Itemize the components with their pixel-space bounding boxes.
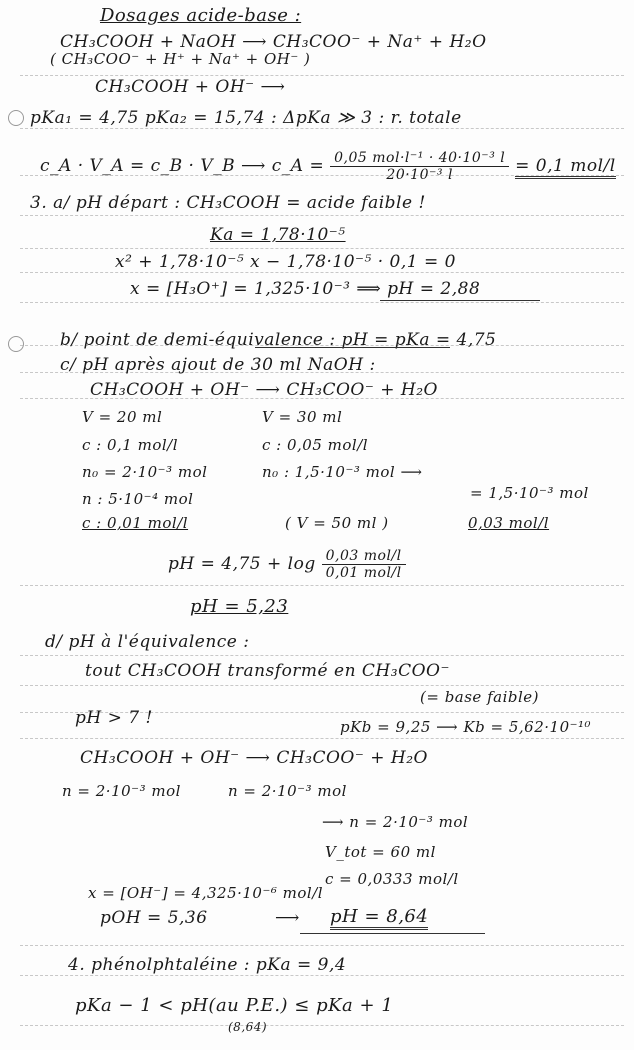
base-concentration: c : 0,05 mol/l [262, 436, 368, 454]
punch-hole-mark [8, 110, 24, 126]
ph-greater-7: pH > 7 ! [75, 708, 153, 728]
total-volume: ( V = 50 ml ) [285, 514, 389, 532]
product-concentration: 0,03 mol/l [468, 514, 549, 532]
weak-base-note: (= base faible) [420, 688, 539, 706]
base-volume: V = 30 ml [262, 408, 342, 426]
punch-hole-mark [8, 336, 24, 352]
henderson-denominator: 0,01 mol/l [322, 565, 406, 581]
acid-moles-initial: n₀ = 2·10⁻³ mol [82, 463, 207, 481]
hydroxide-result: x = [OH⁻] = 4,325·10⁻⁶ mol/l [88, 884, 323, 902]
h3o-result: x = [H₃O⁺] = 1,325·10⁻³ ⟹ pH = 2,88 [130, 279, 480, 299]
quadratic-equation: x² + 1,78·10⁻⁵ x − 1,78·10⁻⁵ · 0,1 = 0 [115, 252, 456, 272]
product-moles: = 1,5·10⁻³ mol [470, 484, 589, 502]
acid-concentration-final: c : 0,01 mol/l [82, 514, 188, 532]
ph-result-5-23: pH = 5,23 [190, 596, 288, 617]
product-concentration-eq: c = 0,0333 mol/l [325, 870, 459, 888]
henderson-numerator: 0,03 mol/l [322, 548, 406, 565]
scanned-page: Dosages acide-base : CH₃COOH + NaOH ⟶ CH… [0, 0, 634, 1050]
poh-value: pOH = 5,36 [100, 908, 208, 928]
henderson-calc: pH = 4,75 + log 0,03 mol/l 0,01 mol/l [168, 548, 406, 581]
page-title: Dosages acide-base : [100, 5, 301, 26]
pkb-line: pKb = 9,25 ⟶ Kb = 5,62·10⁻¹⁰ [340, 718, 591, 736]
reaction-equation-3c: CH₃COOH + OH⁻ ⟶ CH₃COO⁻ + H₂O [90, 380, 438, 400]
ca-formula: c_A · V_A = c_B · V_B ⟶ c_A = [40, 156, 324, 176]
ph-final-result: pH = 8,64 [330, 906, 428, 930]
ca-numerator: 0,05 mol·l⁻¹ · 40·10⁻³ l [330, 150, 509, 167]
section-4: 4. phénolphtaléine : pKa = 9,4 [68, 955, 346, 975]
acid-concentration: c : 0,1 mol/l [82, 436, 178, 454]
acid-volume: V = 20 ml [82, 408, 162, 426]
ka-value: Ka = 1,78·10⁻⁵ [210, 225, 346, 245]
arrow: ⟶ [275, 908, 300, 928]
base-moles-initial: n₀ : 1,5·10⁻³ mol ⟶ [262, 463, 423, 481]
total-volume-eq: V_tot = 60 ml [325, 843, 436, 861]
pka-line: pKa₁ = 4,75 pKa₂ = 15,74 : ΔpKa ≫ 3 : r.… [30, 108, 462, 128]
acid-moles-eq: n = 2·10⁻³ mol [62, 782, 181, 800]
section-3c: c/ pH après ajout de 30 ml NaOH : [60, 355, 376, 375]
reaction-equation-3d: CH₃COOH + OH⁻ ⟶ CH₃COO⁻ + H₂O [80, 748, 428, 768]
ca-result: = 0,1 mol/l [515, 156, 616, 179]
full-conversion: tout CH₃COOH transformé en CH₃COO⁻ [85, 661, 450, 681]
henderson-fraction: 0,03 mol/l 0,01 mol/l [322, 548, 406, 581]
section-3a: 3. a/ pH départ : CH₃COOH = acide faible… [30, 193, 426, 213]
reaction-equation: CH₃COOH + NaOH ⟶ CH₃COO⁻ + Na⁺ + H₂O [60, 32, 487, 52]
ionic-equation: ( CH₃COO⁻ + H⁺ + Na⁺ + OH⁻ ) [50, 50, 310, 68]
ph-equivalence-note: (8,64) [228, 1020, 267, 1034]
product-moles-eq: ⟶ n = 2·10⁻³ mol [322, 813, 468, 831]
ca-fraction: 0,05 mol·l⁻¹ · 40·10⁻³ l 20·10⁻³ l [330, 150, 509, 183]
acid-moles-remaining: n : 5·10⁻⁴ mol [82, 490, 193, 508]
concentration-calc: c_A · V_A = c_B · V_B ⟶ c_A = 0,05 mol·l… [40, 150, 616, 183]
section-3d: d/ pH à l'équivalence : [45, 632, 250, 652]
indicator-inequality: pKa − 1 < pH(au P.E.) ≤ pKa + 1 [75, 995, 393, 1016]
base-moles-eq: n = 2·10⁻³ mol [228, 782, 347, 800]
henderson-formula: pH = 4,75 + log [168, 554, 316, 574]
reaction-partial: CH₃COOH + OH⁻ ⟶ [95, 77, 285, 97]
ca-denominator: 20·10⁻³ l [382, 167, 457, 183]
